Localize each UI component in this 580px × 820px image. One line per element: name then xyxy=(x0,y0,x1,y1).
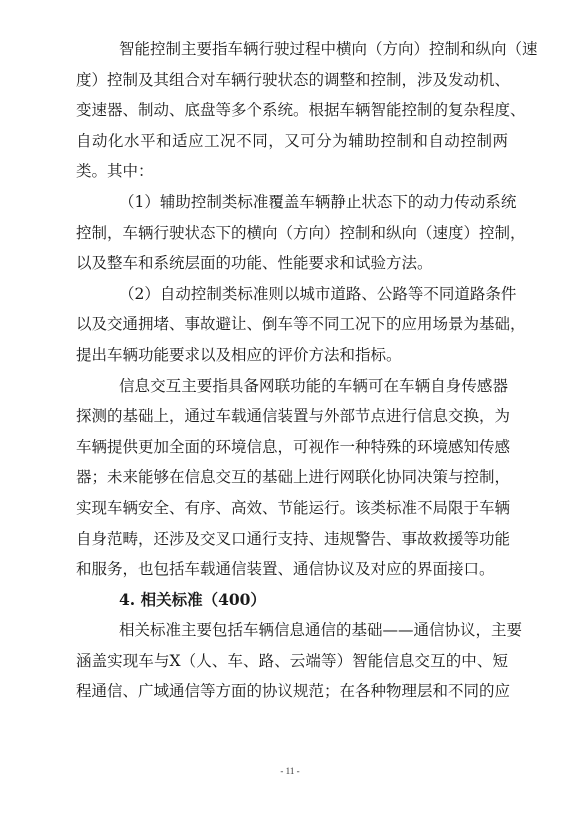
section-heading: 4. 相关标准（400） xyxy=(76,585,508,616)
text-line: 信息交互主要指具备网联功能的车辆可在车辆自身传感器 xyxy=(76,371,508,402)
text-line: 和服务，也包括车载通信装置、通信协议及对应的界面接口。 xyxy=(76,554,508,585)
paragraph-auto-control: （2）自动控制类标准则以城市道路、公路等不同道路条件 以及交通拥堵、事故避让、倒… xyxy=(76,279,508,371)
text-line: 以及整车和系统层面的功能、性能要求和试验方法。 xyxy=(76,248,508,279)
text-line: 实现车辆安全、有序、高效、节能运行。该类标准不局限于车辆 xyxy=(76,493,508,524)
text-line: 以及交通拥堵、事故避让、倒车等不同工况下的应用场景为基础， xyxy=(76,309,508,340)
text-line: 度）控制及其组合对车辆行驶状态的调整和控制，涉及发动机、 xyxy=(76,65,508,96)
text-line: （2）自动控制类标准则以城市道路、公路等不同道路条件 xyxy=(76,279,508,310)
text-line: （1）辅助控制类标准覆盖车辆静止状态下的动力传动系统 xyxy=(76,187,508,218)
text-line: 器；未来能够在信息交互的基础上进行网联化协同决策与控制， xyxy=(76,462,508,493)
text-line: 变速器、制动、底盘等多个系统。根据车辆智能控制的复杂程度、 xyxy=(76,95,508,126)
text-line: 车辆提供更加全面的环境信息，可视作一种特殊的环境感知传感 xyxy=(76,432,508,463)
text-line: 探测的基础上，通过车载通信装置与外部节点进行信息交换，为 xyxy=(76,401,508,432)
text-line: 控制，车辆行驶状态下的横向（方向）控制和纵向（速度）控制， xyxy=(76,218,508,249)
text-line: 类。其中： xyxy=(76,156,508,187)
document-page: 智能控制主要指车辆行驶过程中横向（方向）控制和纵向（速 度）控制及其组合对车辆行… xyxy=(0,0,580,820)
text-line: 自动化水平和适应工况不同，又可分为辅助控制和自动控制两 xyxy=(76,126,508,157)
text-line: 涵盖实现车与X（人、车、路、云端等）智能信息交互的中、短 xyxy=(76,646,508,677)
text-line: 智能控制主要指车辆行驶过程中横向（方向）控制和纵向（速 xyxy=(76,34,508,65)
page-number: - 11 - xyxy=(0,766,580,776)
text-line: 自身范畴，还涉及交叉口通行支持、违规警告、事故救援等功能 xyxy=(76,524,508,555)
paragraph-assist-control: （1）辅助控制类标准覆盖车辆静止状态下的动力传动系统 控制，车辆行驶状态下的横向… xyxy=(76,187,508,279)
document-body: 智能控制主要指车辆行驶过程中横向（方向）控制和纵向（速 度）控制及其组合对车辆行… xyxy=(76,34,508,707)
paragraph-information-exchange: 信息交互主要指具备网联功能的车辆可在车辆自身传感器 探测的基础上，通过车载通信装… xyxy=(76,371,508,585)
paragraph-related-standards: 相关标准主要包括车辆信息通信的基础——通信协议，主要 涵盖实现车与X（人、车、路… xyxy=(76,615,508,707)
paragraph-intelligent-control: 智能控制主要指车辆行驶过程中横向（方向）控制和纵向（速 度）控制及其组合对车辆行… xyxy=(76,34,508,187)
text-line: 程通信、广域通信等方面的协议规范；在各种物理层和不同的应 xyxy=(76,676,508,707)
text-line: 相关标准主要包括车辆信息通信的基础——通信协议，主要 xyxy=(76,615,508,646)
text-line: 提出车辆功能要求以及相应的评价方法和指标。 xyxy=(76,340,508,371)
